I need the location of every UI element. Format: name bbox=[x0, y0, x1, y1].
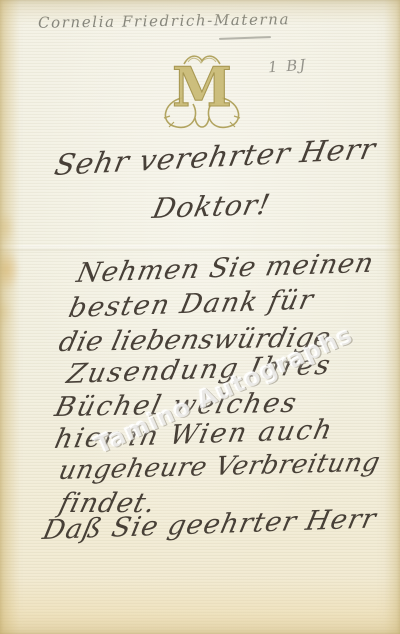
pencil-underline bbox=[219, 36, 271, 40]
handwriting-body-line: hier in Wien auch bbox=[52, 416, 336, 454]
foxing-spot bbox=[0, 298, 13, 326]
handwriting-salutation-line-1: Sehr verehrter Herr bbox=[52, 133, 379, 180]
monogram-letter: M bbox=[172, 55, 232, 119]
handwriting-body-line: besten Dank für bbox=[66, 287, 317, 324]
handwriting-body-line: ungeheure Verbreitung bbox=[56, 450, 383, 486]
foxing-spot bbox=[0, 248, 20, 292]
foxing-spot bbox=[0, 210, 15, 244]
handwriting-body-line: Nehmen Sie meinen bbox=[74, 250, 377, 289]
monogram-m-emblem: M bbox=[152, 50, 252, 134]
letter-scan: Cornelia Friedrich-Materna 1 BJ M Sehr v… bbox=[0, 0, 400, 634]
handwriting-body-line: Zusendung Ihres bbox=[64, 352, 334, 389]
pencil-annotation-name: Cornelia Friedrich-Materna bbox=[38, 10, 290, 32]
pencil-annotation-mark: 1 BJ bbox=[267, 56, 308, 77]
handwriting-salutation-line-2: Doktor! bbox=[150, 190, 273, 223]
